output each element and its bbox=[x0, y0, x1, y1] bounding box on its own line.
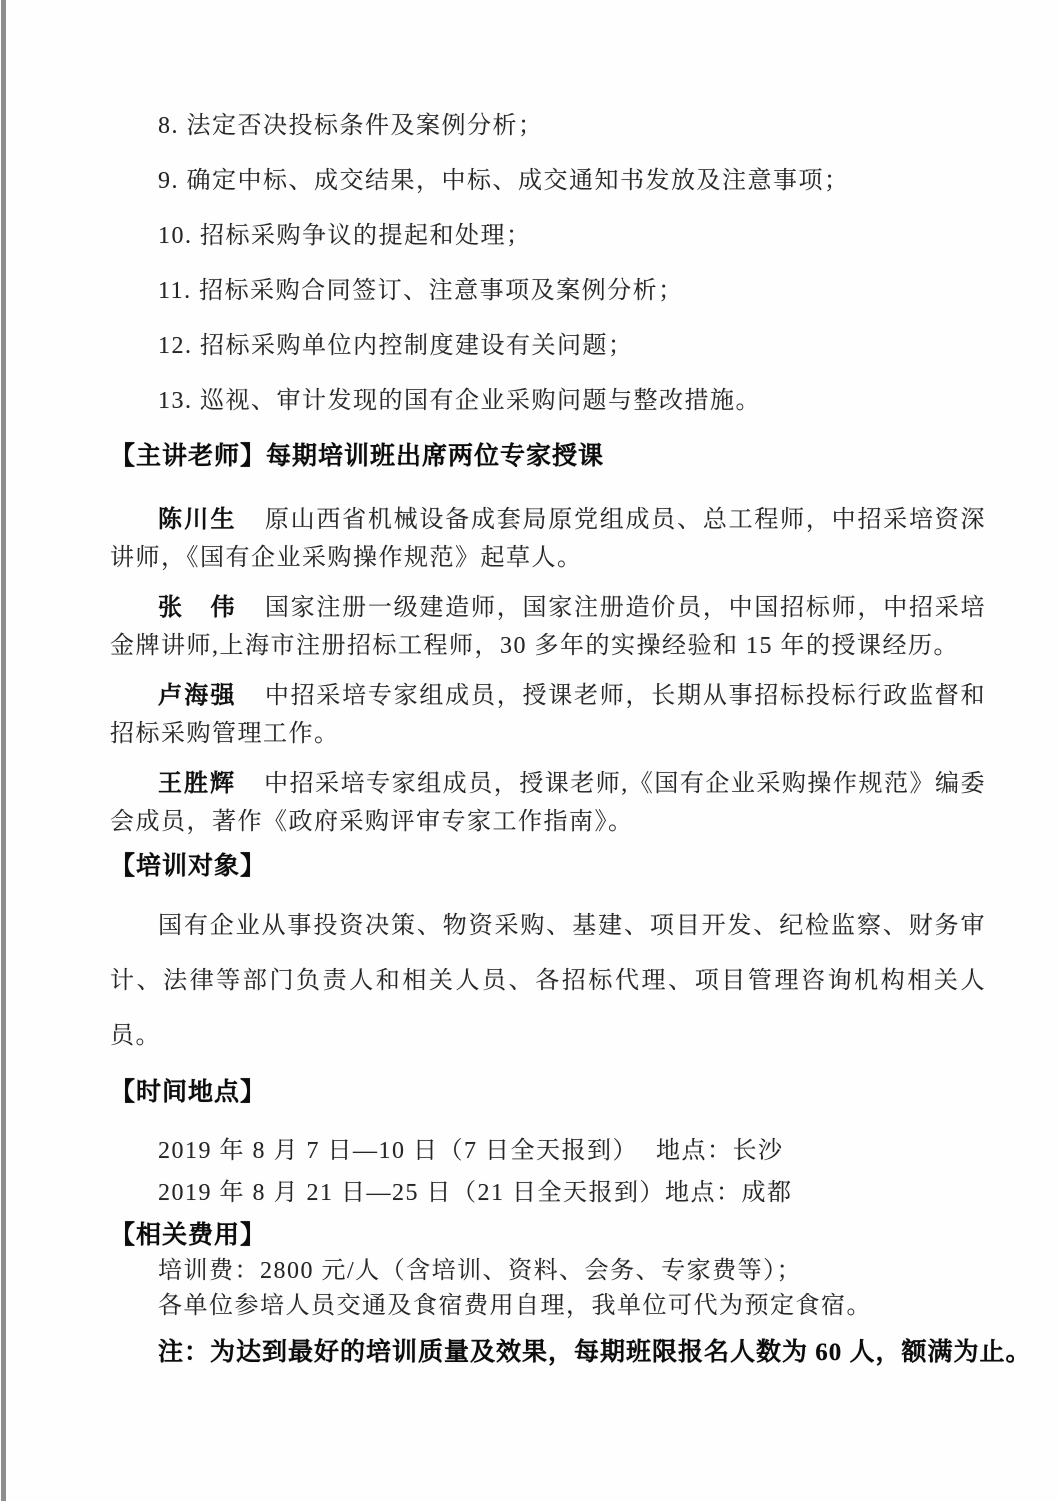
section-heading-teachers: 【主讲老师】每期培训班出席两位专家授课 bbox=[110, 443, 986, 471]
outline-item-9: 9. 确定中标、成交结果，中标、成交通知书发放及注意事项； bbox=[110, 168, 986, 194]
enrollment-note: 注：为达到最好的培训质量及效果，每期班限报名人数为 60 人，额满为止。 bbox=[110, 1338, 986, 1368]
scanned-document-page: 8. 法定否决投标条件及案例分析； 9. 确定中标、成交结果，中标、成交通知书发… bbox=[0, 0, 1059, 1501]
teacher-bio-text: 原山西省机械设备成套局原党组成员、总工程师，中招采培资深讲师，《国有企业采购操作… bbox=[110, 507, 986, 571]
session-date: 2019 年 8 月 7 日—10 日（7 日全天报到） bbox=[158, 1130, 656, 1172]
scan-edge-strip bbox=[1, 0, 6, 1501]
session-location: 地点：长沙 bbox=[656, 1138, 784, 1164]
teacher-bio-wang: 王胜辉中招采培专家组成员，授课老师,《国有企业采购操作规范》编委会成员，著作《政… bbox=[110, 765, 986, 841]
fee-lodging-line: 各单位参培人员交通及食宿费用自理，我单位可代为预定食宿。 bbox=[110, 1289, 986, 1324]
document-content: 8. 法定否决投标条件及案例分析； 9. 确定中标、成交结果，中标、成交通知书发… bbox=[110, 113, 986, 1368]
teacher-bio-text: 中招采培专家组成员，授课老师,《国有企业采购操作规范》编委会成员，著作《政府采购… bbox=[110, 771, 986, 835]
audience-description: 国有企业从事投资决策、物资采购、基建、项目开发、纪检监察、财务审计、法律等部门负… bbox=[110, 899, 986, 1064]
teacher-name: 陈川生 bbox=[158, 507, 237, 533]
schedule-session-chengdu: 2019 年 8 月 21 日—25 日（21 日全天报到）地点：成都 bbox=[110, 1172, 986, 1214]
outline-item-12: 12. 招标采购单位内控制度建设有关问题； bbox=[110, 333, 986, 359]
section-heading-fees: 【相关费用】 bbox=[110, 1222, 986, 1250]
outline-item-10: 10. 招标采购争议的提起和处理； bbox=[110, 223, 986, 249]
outline-item-8: 8. 法定否决投标条件及案例分析； bbox=[110, 113, 986, 139]
teacher-name: 卢海强 bbox=[158, 683, 237, 709]
section-heading-audience: 【培训对象】 bbox=[110, 853, 986, 881]
outline-item-13: 13. 巡视、审计发现的国有企业采购问题与整改措施。 bbox=[110, 388, 986, 414]
fee-tuition-line: 培训费：2800 元/人（含培训、资料、会务、专家费等）； bbox=[110, 1254, 986, 1289]
outline-item-11: 11. 招标采购合同签订、注意事项及案例分析； bbox=[110, 278, 986, 304]
teacher-bio-text: 中招采培专家组成员，授课老师，长期从事招标投标行政监督和招标采购管理工作。 bbox=[110, 683, 986, 747]
teacher-name: 张 伟 bbox=[158, 595, 237, 621]
teacher-name: 王胜辉 bbox=[158, 771, 236, 797]
schedule-session-changsha: 2019 年 8 月 7 日—10 日（7 日全天报到）地点：长沙 bbox=[110, 1130, 986, 1172]
session-location: 地点：成都 bbox=[665, 1180, 793, 1206]
teacher-bio-zhang: 张 伟国家注册一级建造师，国家注册造价员，中国招标师，中招采培金牌讲师,上海市注… bbox=[110, 589, 986, 665]
teacher-bio-text: 国家注册一级建造师，国家注册造价员，中国招标师，中招采培金牌讲师,上海市注册招标… bbox=[110, 595, 986, 659]
section-heading-schedule: 【时间地点】 bbox=[110, 1079, 986, 1107]
teacher-bio-chen: 陈川生原山西省机械设备成套局原党组成员、总工程师，中招采培资深讲师，《国有企业采… bbox=[110, 501, 986, 577]
teacher-bio-lu: 卢海强中招采培专家组成员，授课老师，长期从事招标投标行政监督和招标采购管理工作。 bbox=[110, 677, 986, 753]
session-date: 2019 年 8 月 21 日—25 日（21 日全天报到） bbox=[158, 1172, 665, 1214]
